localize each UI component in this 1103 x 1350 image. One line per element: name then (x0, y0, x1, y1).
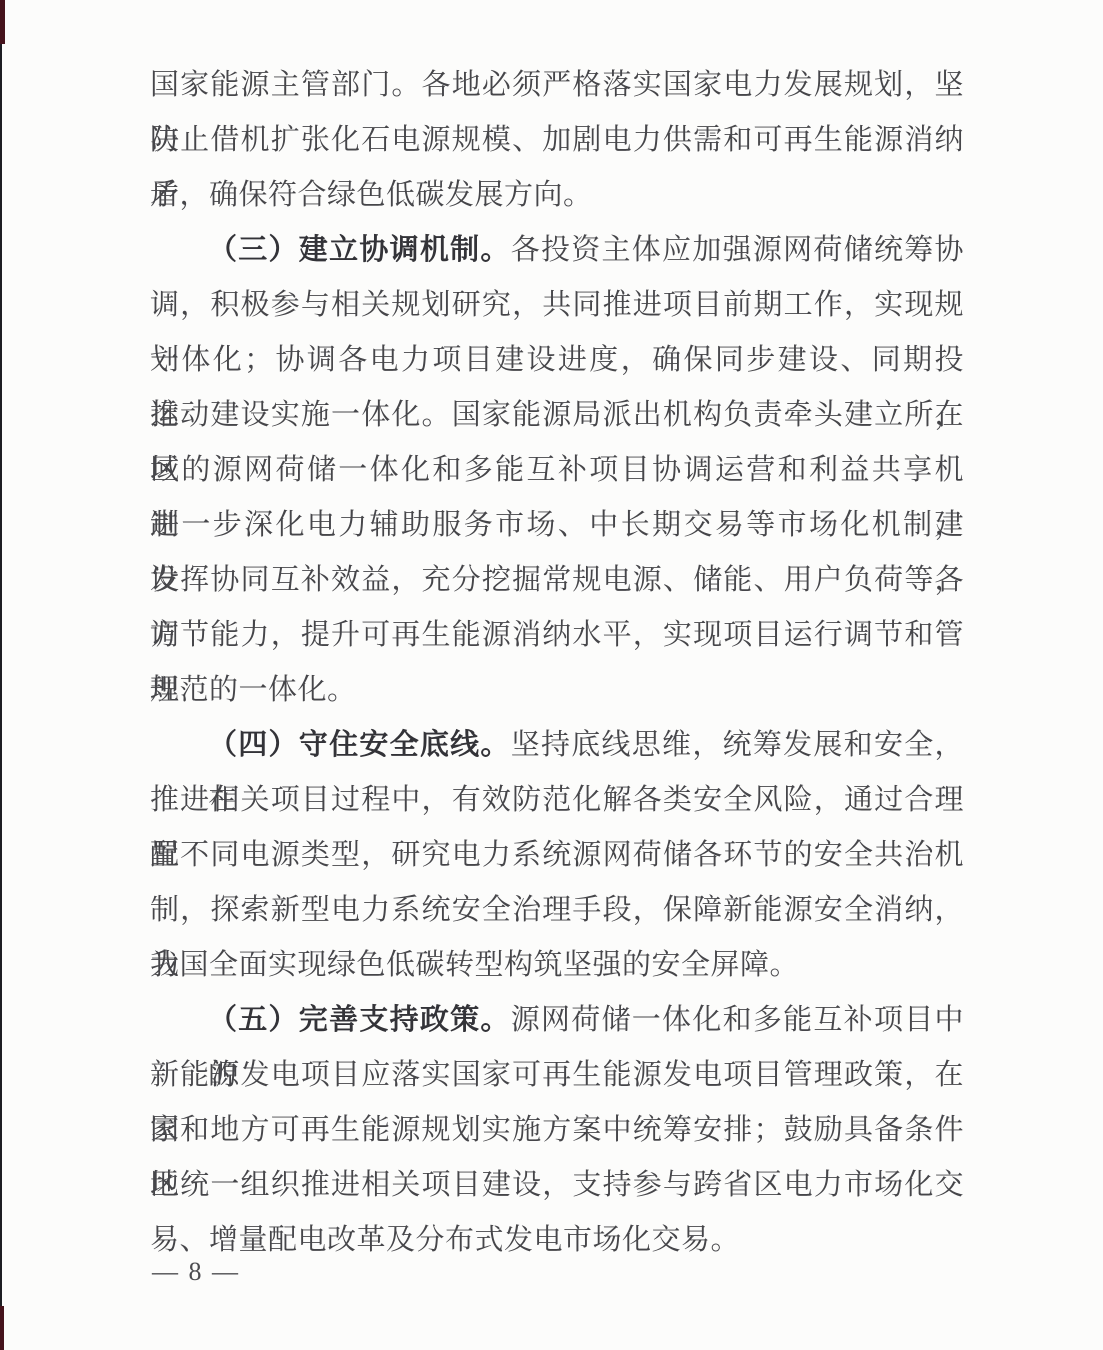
text-line: （五）完善支持政策。源网荷储一体化和多能互补项目中的 (150, 993, 964, 1048)
section-heading: （五）完善支持政策。 (208, 1004, 511, 1036)
text-line: 一体化；协调各电力项目建设进度，确保同步建设、同期投运， (150, 333, 964, 388)
text-line: 进一步深化电力辅助服务市场、中长期交易等市场化机制建设， (150, 498, 964, 553)
text-line: 国家能源主管部门。各地必须严格落实国家电力发展规划，坚决 (150, 58, 964, 113)
text-line: 易、增量配电改革及分布式发电市场化交易。 (150, 1213, 964, 1268)
section-heading: （三）建立协调机制。 (208, 234, 511, 266)
text-line: 防止借机扩张化石电源规模、加剧电力供需和可再生能源消纳矛 (150, 113, 964, 168)
text-line: 盾，确保符合绿色低碳发展方向。 (150, 168, 964, 223)
text-line: 制，探索新型电力系统安全治理手段，保障新能源安全消纳，为 (150, 883, 964, 938)
section-heading: （四）守住安全底线。 (208, 729, 511, 761)
scanned-document-page: 国家能源主管部门。各地必须严格落实国家电力发展规划，坚决防止借机扩张化石电源规模… (0, 0, 1103, 1350)
text-line: 发挥协同互补效益，充分挖掘常规电源、储能、用户负荷等各方 (150, 553, 964, 608)
text-line: 我国全面实现绿色低碳转型构筑坚强的安全屏障。 (150, 938, 964, 993)
text-line: （三）建立协调机制。各投资主体应加强源网荷储统筹协 (150, 223, 964, 278)
text-line: 新能源发电项目应落实国家可再生能源发电项目管理政策，在国 (150, 1048, 964, 1103)
text-line: 调节能力，提升可再生能源消纳水平，实现项目运行调节和管理 (150, 608, 964, 663)
body-text: 置不同电源类型，研究电力系统源网荷储各环节的安全共治机 (150, 839, 964, 871)
scan-corner-mark-bottom (0, 1306, 4, 1350)
scan-corner-mark-top (0, 0, 5, 44)
text-line: 域的源网荷储一体化和多能互补项目协调运营和利益共享机制， (150, 443, 964, 498)
text-line: 置不同电源类型，研究电力系统源网荷储各环节的安全共治机 (150, 828, 964, 883)
text-line: 区统一组织推进相关项目建设，支持参与跨省区电力市场化交 (150, 1158, 964, 1213)
text-line: 推进相关项目过程中，有效防范化解各类安全风险，通过合理配 (150, 773, 964, 828)
body-text: 各投资主体应加强源网荷储统筹协 (511, 234, 964, 266)
body-text: 区统一组织推进相关项目建设，支持参与跨省区电力市场化交 (150, 1169, 964, 1201)
body-text: 规范的一体化。 (150, 674, 357, 706)
text-line: 调，积极参与相关规划研究，共同推进项目前期工作，实现规划 (150, 278, 964, 333)
scan-edge-line (0, 0, 2, 1350)
text-line: 推动建设实施一体化。国家能源局派出机构负责牵头建立所在区 (150, 388, 964, 443)
text-line: 家和地方可再生能源规划实施方案中统筹安排；鼓励具备条件地 (150, 1103, 964, 1158)
body-text: 易、增量配电改革及分布式发电市场化交易。 (150, 1224, 740, 1256)
page-number: — 8 — (152, 1257, 240, 1287)
text-line: （四）守住安全底线。坚持底线思维，统筹发展和安全，在 (150, 718, 964, 773)
body-text: 我国全面实现绿色低碳转型构筑坚强的安全屏障。 (150, 949, 799, 981)
text-block: 国家能源主管部门。各地必须严格落实国家电力发展规划，坚决防止借机扩张化石电源规模… (150, 58, 964, 1268)
text-line: 规范的一体化。 (150, 663, 964, 718)
body-text: 盾，确保符合绿色低碳发展方向。 (150, 179, 593, 211)
